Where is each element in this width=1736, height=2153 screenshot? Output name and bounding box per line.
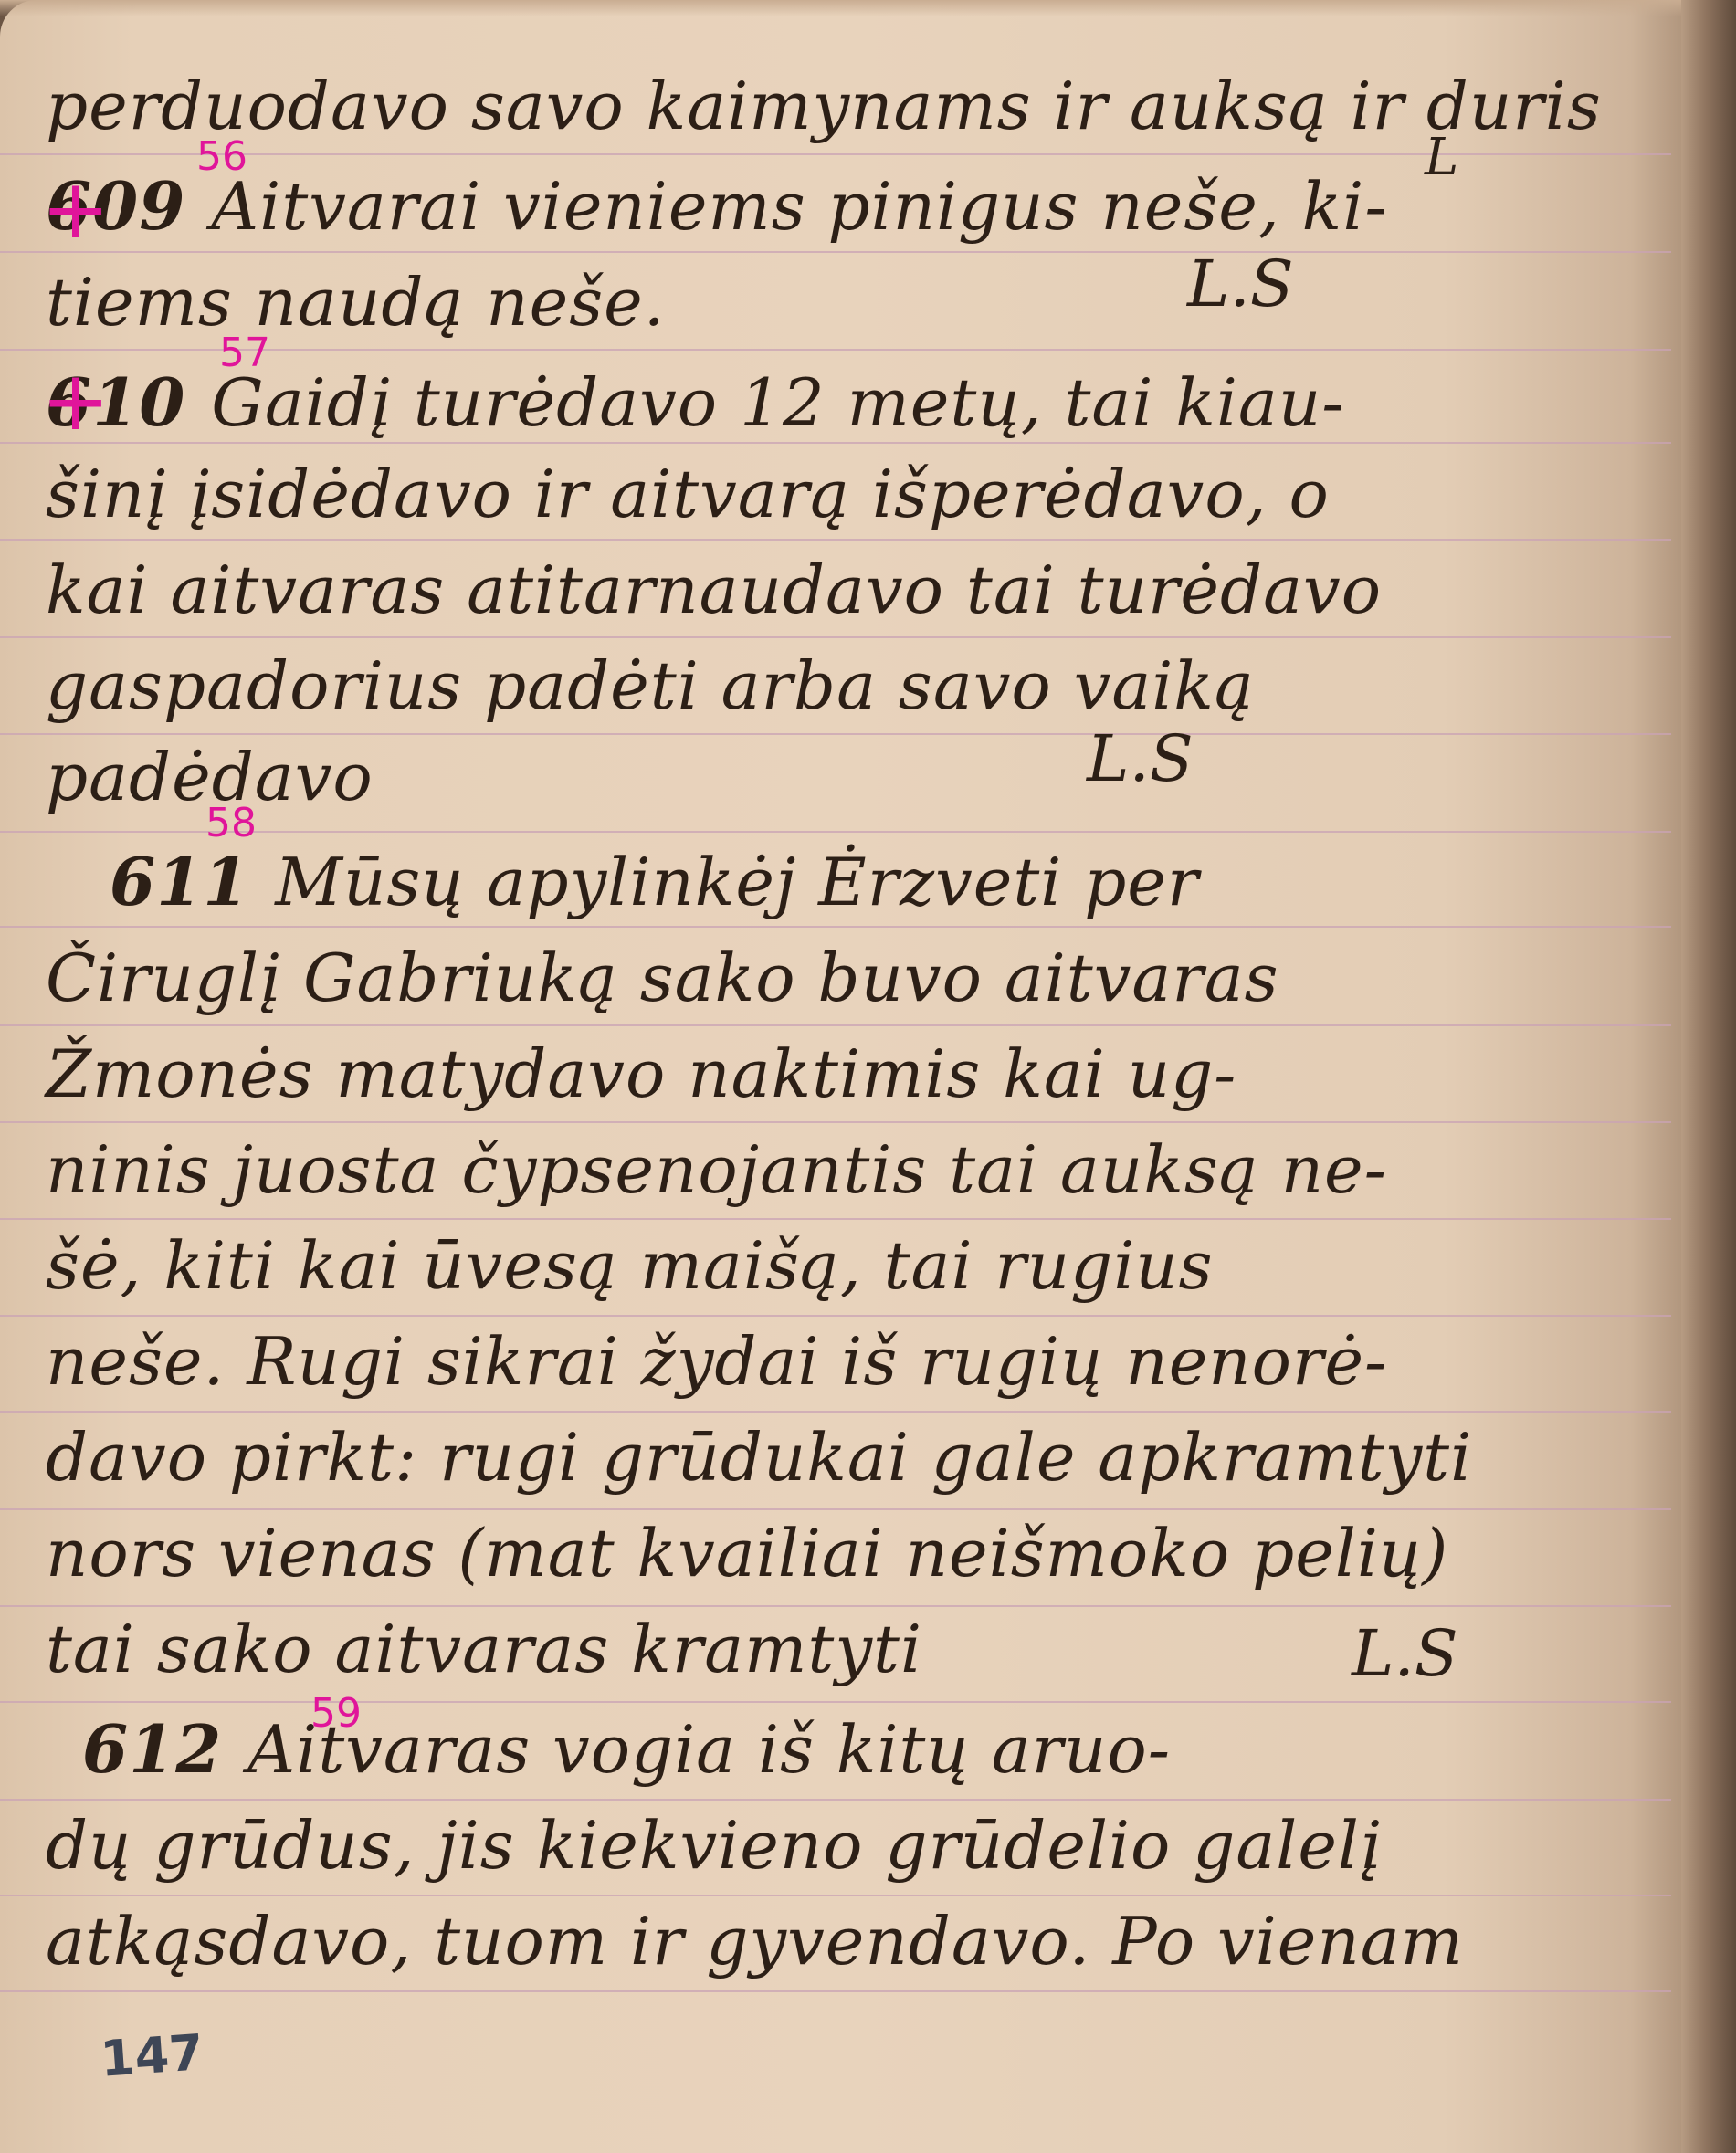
ruled-line bbox=[0, 251, 1671, 253]
page-top-edge bbox=[0, 0, 1699, 16]
text-line: neše. Rugi sikrai žydai iš rugių nenorė- bbox=[46, 1329, 1653, 1394]
ruled-line bbox=[0, 926, 1671, 928]
ruled-line bbox=[0, 1508, 1671, 1510]
ruled-line bbox=[0, 1315, 1671, 1317]
text-line: nors vienas (mat kvailiai neišmoko pelių… bbox=[46, 1520, 1653, 1586]
ruled-line bbox=[0, 1701, 1671, 1703]
plus-mark-icon: + bbox=[41, 361, 110, 443]
text-line: gaspadorius padėti arba savo vaiką bbox=[46, 653, 1653, 719]
text-line: 609Aitvarai vieniems pinigus neše, ki- bbox=[46, 173, 1653, 239]
corner-mark: L bbox=[1425, 128, 1458, 187]
text-line: 611Mūsų apylinkėj Ėrzveti per bbox=[110, 849, 1717, 915]
renumber-annotation: 56 bbox=[196, 137, 247, 177]
text-line: 610Gaidį turėdavo 12 metų, tai kiau- bbox=[46, 370, 1653, 436]
entry-number: 611 bbox=[110, 843, 249, 920]
notebook-page: perduodavo savo kaimynams ir auksą ir du… bbox=[0, 0, 1699, 2153]
text-line: ninis juosta čypsenojantis tai auksą ne- bbox=[46, 1137, 1653, 1203]
text-line: perduodavo savo kaimynams ir auksą ir du… bbox=[46, 73, 1653, 139]
text-line: šinį įsidėdavo ir aitvarą išperėdavo, o bbox=[46, 461, 1653, 527]
text-line: Žmonės matydavo naktimis kai ug- bbox=[46, 1041, 1653, 1107]
ruled-line bbox=[0, 1411, 1671, 1413]
ruled-line bbox=[0, 1121, 1671, 1123]
ruled-line bbox=[0, 153, 1671, 155]
text-line: kai aitvaras atitarnaudavo tai turėdavo bbox=[46, 557, 1653, 623]
notebook-spine-shadow bbox=[1681, 0, 1736, 2153]
page-number: 147 bbox=[99, 2023, 205, 2088]
ruled-line bbox=[0, 1605, 1671, 1607]
ruled-line bbox=[0, 733, 1671, 735]
plus-mark-icon: + bbox=[41, 169, 110, 251]
signature: L.S bbox=[1187, 247, 1294, 321]
text-line: tiems naudą neše. bbox=[46, 269, 1653, 335]
entry-number: 612 bbox=[82, 1710, 222, 1788]
ruled-line bbox=[0, 442, 1671, 444]
renumber-annotation: 58 bbox=[205, 803, 257, 844]
ruled-line bbox=[0, 1895, 1671, 1896]
text-line: davo pirkt: rugi grūdukai gale apkramtyt… bbox=[46, 1424, 1653, 1490]
ruled-line bbox=[0, 1799, 1671, 1801]
text-line: atkąsdavo, tuom ir gyvendavo. Po vienam bbox=[46, 1908, 1653, 1974]
renumber-annotation: 59 bbox=[310, 1694, 362, 1734]
text-line: Čiruglį Gabriuką sako buvo aitvaras bbox=[46, 945, 1653, 1011]
ruled-line bbox=[0, 636, 1671, 638]
ruled-line bbox=[0, 1218, 1671, 1220]
text-line: šė, kiti kai ūvesą maišą, tai rugius bbox=[46, 1233, 1653, 1298]
signature: L.S bbox=[1087, 721, 1194, 796]
renumber-annotation: 57 bbox=[219, 333, 270, 373]
text-line: padėdavo bbox=[46, 744, 1653, 810]
text-line: dų grūdus, jis kiekvieno grūdelio galelį bbox=[46, 1812, 1653, 1878]
ruled-line bbox=[0, 539, 1671, 541]
ruled-line bbox=[0, 1990, 1671, 1992]
ruled-line bbox=[0, 1024, 1671, 1026]
signature: L.S bbox=[1352, 1616, 1458, 1691]
